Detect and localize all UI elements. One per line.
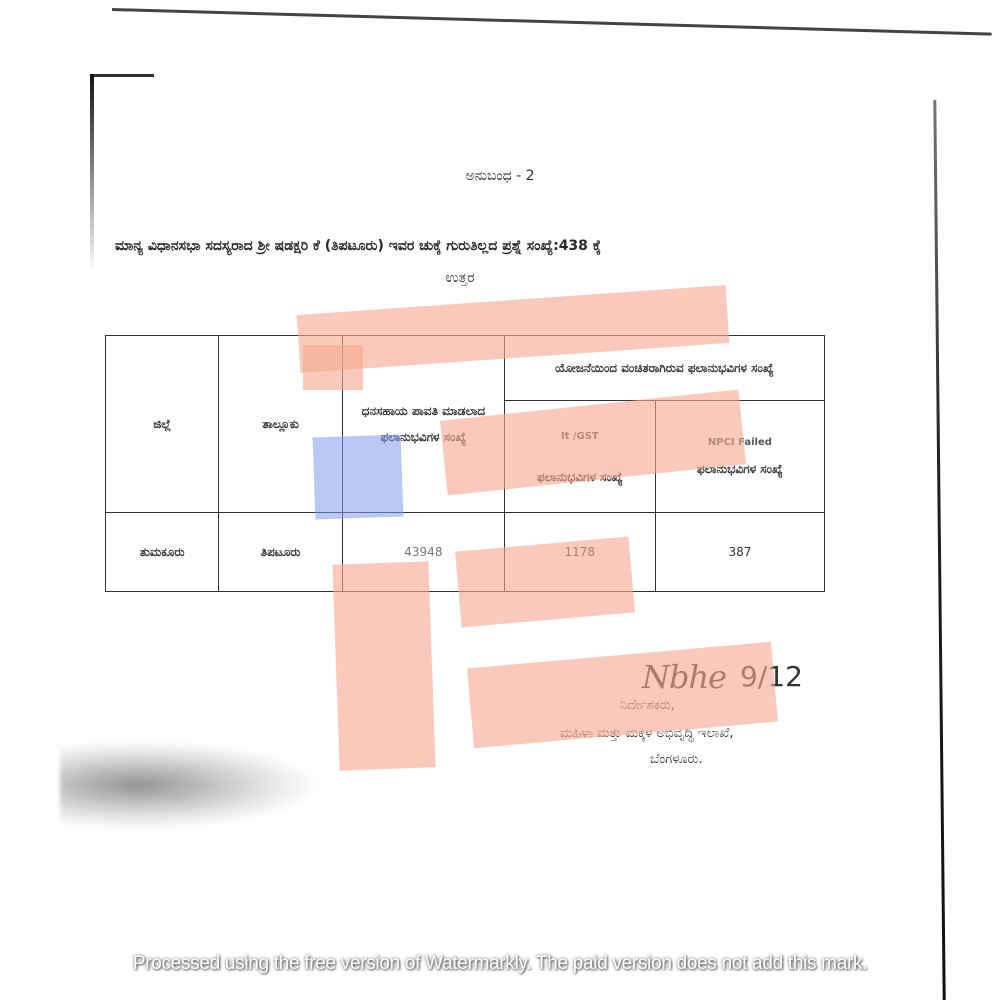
- answer-label: ಉತ್ತರ: [0, 270, 920, 286]
- signature: Nbhe: [642, 658, 726, 696]
- signature-date: 9/12: [740, 660, 803, 693]
- it-gst-tag: It /GST: [509, 424, 651, 450]
- header-row-1: ಜಿಲ್ಲೆ ತಾಲ್ಲೂಕು ಧನಸಹಾಯ ಪಾವತಿ ಮಾಡಲಾದ ಫಲಾನ…: [106, 336, 825, 401]
- annex-title: ಅನುಬಂಧ - 2: [0, 168, 1000, 184]
- overlay-shape: [332, 561, 435, 770]
- npci-tag: NPCI Failed: [660, 437, 820, 448]
- cell-district: ತುಮಕೂರು: [106, 513, 219, 592]
- question-line: ಮಾನ್ಯ ವಿಧಾನಸಭಾ ಸದಸ್ಯರಾದ ಶ್ರೀ ಷಡಕ್ಷರಿ ಕೆ …: [115, 238, 815, 254]
- cell-it-gst: 1178: [504, 513, 655, 592]
- scan-smudge: [60, 740, 320, 830]
- npci-label: ಫಲಾನುಭವಿಗಳ ಸಂಖ್ಯೆ: [697, 462, 783, 476]
- designation: ನಿರ್ದೇಶಕರು,: [620, 698, 675, 713]
- header-npci-failed: NPCI Failed ಫಲಾನುಭವಿಗಳ ಸಂಖ್ಯೆ: [655, 401, 824, 513]
- header-it-gst: It /GST ಫಲಾನುಭವಿಗಳ ಸಂಖ್ಯೆ: [504, 401, 655, 513]
- cell-npci-failed: 387: [655, 513, 824, 592]
- header-district: ಜಿಲ್ಲೆ: [106, 336, 219, 513]
- header-excluded-group: ಯೋಜನೆಯಿಂದ ವಂಚಿತರಾಗಿರುವ ಫಲಾನುಭವಿಗಳ ಸಂಖ್ಯೆ: [504, 336, 824, 401]
- cell-taluk: ತಿಪಟೂರು: [219, 513, 343, 592]
- header-taluk: ತಾಲ್ಲೂಕು: [219, 336, 343, 513]
- it-gst-label: ಫಲಾನುಭವಿಗಳ ಸಂಖ್ಯೆ: [537, 470, 623, 484]
- signature-block: Nbhe 9/12 ನಿರ್ದೇಶಕರು, ಮಹಿಳಾ ಮತ್ತು ಮಕ್ಕಳ …: [560, 650, 860, 780]
- city: ಬೆಂಗಳೂರು.: [650, 752, 703, 767]
- scan-border-top: [112, 8, 992, 36]
- watermark-text: Processed using the free version of Wate…: [0, 953, 1000, 975]
- scan-border-left-tick: [94, 74, 154, 77]
- scan-border-right: [933, 100, 945, 1000]
- beneficiary-table: ಜಿಲ್ಲೆ ತಾಲ್ಲೂಕು ಧನಸಹಾಯ ಪಾವತಿ ಮಾಡಲಾದ ಫಲಾನ…: [105, 335, 825, 592]
- department: ಮಹಿಳಾ ಮತ್ತು ಮಕ್ಕಳ ಅಭಿವೃದ್ಧಿ ಇಲಾಖೆ,: [560, 726, 734, 741]
- header-dbt-beneficiaries: ಧನಸಹಾಯ ಪಾವತಿ ಮಾಡಲಾದ ಫಲಾನುಭವಿಗಳ ಸಂಖ್ಯೆ: [342, 336, 504, 513]
- cell-dbt-beneficiaries: 43948: [342, 513, 504, 592]
- table-row: ತುಮಕೂರು ತಿಪಟೂರು 43948 1178 387: [106, 513, 825, 592]
